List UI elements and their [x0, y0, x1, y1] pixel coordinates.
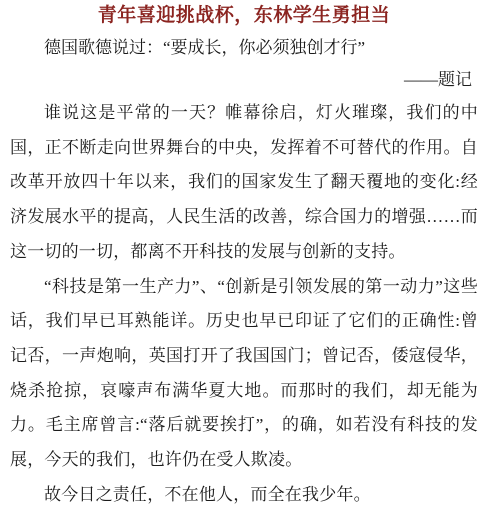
essay-paragraph-3: 故今日之责任，不在他人，而全在我少年。	[10, 478, 478, 510]
essay-title: 青年喜迎挑战杯，东林学生勇担当	[10, 4, 478, 28]
essay-document: 青年喜迎挑战杯，东林学生勇担当 德国歌德说过：“要成长，你必须独创才行” ——题…	[0, 0, 488, 510]
essay-paragraph-2: “科技是第一生产力”、“创新是引领发展的第一动力”这些话，我们早已耳熟能详。历史…	[10, 270, 478, 478]
epigraph-attribution: ——题记	[10, 64, 478, 96]
epigraph-quote: 德国歌德说过：“要成长，你必须独创才行”	[10, 32, 478, 64]
essay-paragraph-1: 谁说这是平常的一天？帷幕徐启，灯火璀璨，我们的中国，正不断走向世界舞台的中央，发…	[10, 96, 478, 270]
